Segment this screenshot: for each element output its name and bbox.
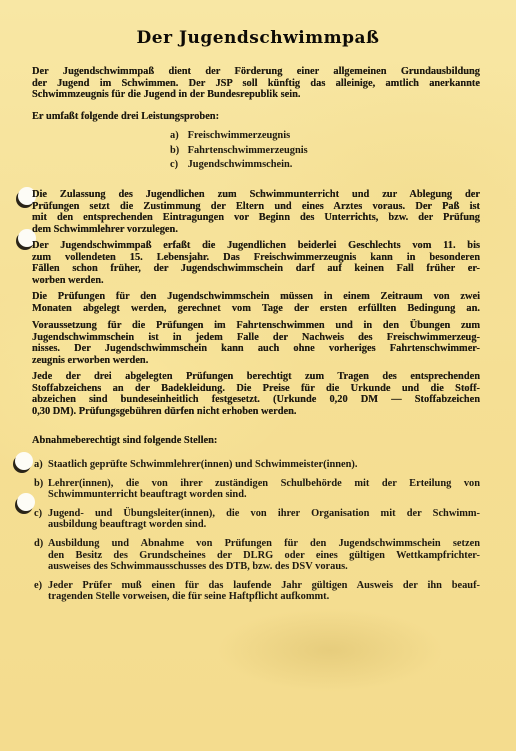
text-line: Der Jugendschwimmpaß dient der Förderung…: [32, 66, 480, 78]
text-line: Jugendschwimmschein ist in jedem Falle d…: [32, 332, 480, 344]
item-label: e): [34, 580, 42, 592]
item-label: b): [34, 478, 43, 490]
text-line: 0,30 DM). Prüfungsgebühren dürfen nicht …: [32, 406, 480, 418]
text-line: ausweises des Schwimmausschusses des DTB…: [48, 561, 480, 573]
text-line: Prüfungen setzt die Zustimmung der Elter…: [32, 201, 480, 213]
text-line: zum vollendeten 15. Lebensjahr. Das Frei…: [32, 252, 480, 264]
text-line: Schwimmunterricht beauftragt worden sind…: [48, 489, 480, 501]
text-line: worben werden.: [32, 275, 480, 287]
heading-text: Er umfaßt folgende drei Leistungsproben:: [32, 111, 480, 123]
list-item: b) Fahrtenschwimmerzeugnis: [170, 144, 308, 159]
text-line: zeugnis erworben werden.: [32, 355, 480, 367]
text-line: Staatlich geprüfte Schwimmlehrer(innen) …: [48, 459, 480, 471]
list-item: a) Freischwimmerzeugnis: [170, 129, 308, 144]
punch-hole: [17, 493, 35, 511]
text-line: den Besitz des Grundscheines der DLRG od…: [48, 550, 480, 562]
punch-hole: [15, 452, 33, 470]
item-label: c): [170, 158, 185, 173]
heading-text: Abnahmeberechtigt sind folgende Stellen:: [32, 435, 480, 447]
item-text: Fahrtenschwimmerzeugnis: [188, 145, 308, 156]
text-line: Monaten abgelegt werden, gerechnet vom T…: [32, 303, 480, 315]
text-line: mit den entsprechenden Eintragungen vor …: [32, 212, 480, 224]
examiners-heading: Abnahmeberechtigt sind folgende Stellen:: [32, 435, 480, 447]
intro-paragraph: Der Jugendschwimmpaß dient der Förderung…: [32, 66, 480, 101]
item-label: a): [34, 459, 43, 471]
text-line: Jugend- und Übungsleiter(innen), die von…: [48, 508, 480, 520]
text-line: Ausbildung und Abnahme von Prüfungen für…: [48, 538, 480, 550]
text-line: nisses. Der Jugendschwimmschein kann auc…: [32, 343, 480, 355]
list-item: c) Jugend- und Übungsleiter(innen), die …: [34, 508, 480, 531]
item-label: c): [34, 508, 42, 520]
text-line: dem Schwimmlehrer vorzulegen.: [32, 224, 480, 236]
list-item: c) Jugendschwimmschein.: [170, 158, 308, 173]
text-line: Die Zulassung des Jugendlichen zum Schwi…: [32, 189, 480, 201]
list-item: e) Jeder Prüfer muß einen für das laufen…: [34, 580, 480, 603]
list-item: d) Ausbildung und Abnahme von Prüfungen …: [34, 538, 480, 573]
text-line: Der Jugendschwimmpaß erfaßt die Jugendli…: [32, 240, 480, 252]
text-line: Jede der drei abgelegten Prüfungen berec…: [32, 371, 480, 383]
tests-heading: Er umfaßt folgende drei Leistungsproben:: [32, 111, 480, 123]
prerequisite-paragraph: Voraussetzung für die Prüfungen im Fahrt…: [32, 320, 480, 366]
badges-fees-paragraph: Jede der drei abgelegten Prüfungen berec…: [32, 371, 480, 417]
text-line: ausbildung beauftragt worden sind.: [48, 519, 480, 531]
text-line: Schwimmzeugnis für die Jugend in der Bun…: [32, 89, 480, 101]
item-text: Freischwimmerzeugnis: [188, 130, 291, 141]
text-line: Lehrer(innen), die von ihrer zuständigen…: [48, 478, 480, 490]
list-item: b) Lehrer(innen), die von ihrer zuständi…: [34, 478, 480, 501]
text-line: Stoffabzeichens an der Badekleidung. Die…: [32, 383, 480, 395]
text-line: Die Prüfungen für den Jugendschwimmschei…: [32, 291, 480, 303]
age-range-paragraph: Der Jugendschwimmpaß erfaßt die Jugendli…: [32, 240, 480, 286]
item-label: d): [34, 538, 43, 550]
examiners-list: a) Staatlich geprüfte Schwimmlehrer(inne…: [34, 459, 480, 610]
text-line: tragenden Stelle vorweisen, die für sein…: [48, 591, 480, 603]
list-item: a) Staatlich geprüfte Schwimmlehrer(inne…: [34, 459, 480, 471]
text-line: abzeichen sind bundeseinheitlich festges…: [32, 394, 480, 406]
timeframe-paragraph: Die Prüfungen für den Jugendschwimmschei…: [32, 291, 480, 314]
text-line: Voraussetzung für die Prüfungen im Fahrt…: [32, 320, 480, 332]
item-label: b): [170, 144, 185, 159]
text-line: der Jugend im Schwimmen. Der JSP soll kü…: [32, 78, 480, 90]
text-line: Jeder Prüfer muß einen für das laufende …: [48, 580, 480, 592]
item-text: Jugendschwimmschein.: [188, 159, 293, 170]
page-title: Der Jugendschwimmpaß: [0, 28, 516, 48]
item-label: a): [170, 129, 185, 144]
tests-list: a) Freischwimmerzeugnis b) Fahrtenschwim…: [170, 129, 308, 173]
admission-paragraph: Die Zulassung des Jugendlichen zum Schwi…: [32, 189, 480, 235]
text-line: Fällen schon früher, der Jugendschwimmsc…: [32, 263, 480, 275]
